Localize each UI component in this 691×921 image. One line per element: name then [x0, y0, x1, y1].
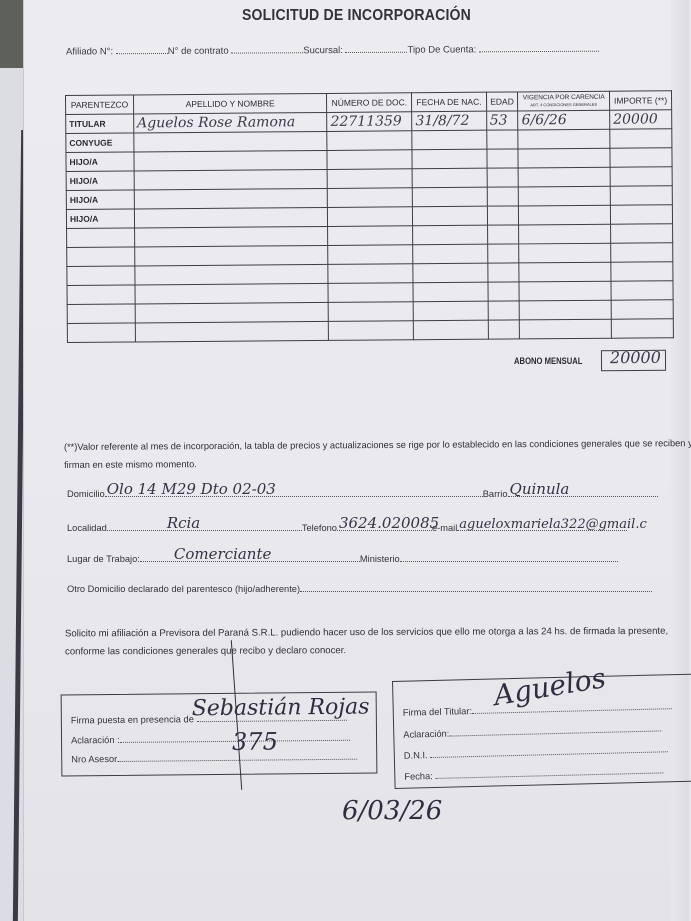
localidad-field[interactable]: Rcia	[107, 521, 302, 531]
cell-parentesco	[67, 228, 135, 248]
trabajo-field[interactable]: Comerciante	[140, 552, 360, 562]
table-row	[67, 319, 673, 343]
telefono-value: 3624.020085	[339, 514, 439, 532]
cell-nombre[interactable]	[134, 188, 328, 209]
cell-vigencia[interactable]	[518, 129, 610, 149]
cell-importe[interactable]	[610, 186, 672, 205]
cell-doc[interactable]	[328, 188, 413, 208]
cell-edad[interactable]	[487, 206, 519, 225]
importe-value: 20000	[613, 111, 658, 127]
email-field[interactable]: agueloxmariela322@gmail.c	[457, 521, 627, 531]
cell-nombre[interactable]	[134, 207, 328, 228]
form-title: SOLICITUD DE INCORPORACIÓN	[64, 7, 649, 25]
cell-nombre[interactable]	[135, 321, 329, 342]
col-nombre: APELLIDO Y NOMBRE	[133, 93, 327, 114]
cell-parentesco: HIJO/A	[66, 190, 134, 210]
cell-nombre[interactable]	[134, 169, 328, 190]
cell-doc[interactable]	[327, 150, 412, 170]
cell-nombre[interactable]	[135, 302, 329, 323]
cell-vigencia[interactable]	[518, 148, 610, 168]
cell-parentesco	[67, 266, 135, 286]
cell-edad[interactable]	[487, 263, 519, 282]
ministerio-label: Ministerio	[360, 554, 400, 564]
fecha-label: Fecha:	[404, 771, 433, 782]
cell-fecha_nac[interactable]	[413, 225, 487, 245]
aclaracion-asesor-label: Aclaración :	[71, 735, 120, 745]
cell-doc[interactable]: 22711359	[327, 112, 412, 132]
cell-parentesco: HIJO/A	[66, 152, 134, 172]
cell-nombre[interactable]	[135, 283, 329, 304]
cell-fecha_nac[interactable]	[413, 206, 487, 226]
fecha_nac-value: 31/8/72	[415, 113, 469, 129]
abono-label: ABONO MENSUAL	[514, 356, 582, 366]
asesor-row: Nro Asesor	[71, 750, 357, 765]
cell-fecha_nac[interactable]	[413, 301, 487, 321]
cell-edad[interactable]	[487, 168, 519, 187]
cell-fecha_nac[interactable]: 31/8/72	[412, 111, 486, 131]
domicilio-field[interactable]: Olo 14 M29 Dto 02-03	[105, 487, 483, 497]
asesor-number: 375	[232, 727, 278, 755]
background-desk	[0, 0, 24, 70]
cell-fecha_nac[interactable]	[413, 244, 487, 264]
nombre-value: Aguelos Rose Ramona	[137, 114, 295, 131]
trabajo-value: Comerciante	[174, 545, 272, 563]
cell-vigencia[interactable]	[520, 300, 612, 320]
dni-label: D.N.I.	[404, 750, 428, 761]
cell-importe[interactable]	[611, 224, 673, 243]
cell-parentesco: CONYUGE	[66, 133, 134, 153]
col-edad: EDAD	[486, 92, 518, 111]
cell-importe[interactable]	[611, 300, 673, 319]
cell-vigencia[interactable]	[519, 281, 611, 301]
afiliado-label: Afiliado N°:	[66, 46, 113, 57]
cell-parentesco: HIJO/A	[66, 209, 134, 229]
vigencia-value: 6/6/26	[522, 112, 567, 128]
aclaracion-titular-label: Aclaración:	[403, 729, 449, 740]
localidad-row: LocalidadRciaTelefono3624.020085e-mailag…	[67, 521, 627, 533]
firma-titular-label: Firma del Titular:	[403, 706, 472, 718]
telefono-field[interactable]: 3624.020085	[337, 521, 432, 531]
aclaracion-titular-field[interactable]	[449, 721, 661, 736]
cell-nombre[interactable]: Aguelos Rose Ramona	[134, 112, 328, 133]
cell-vigencia[interactable]	[520, 319, 612, 339]
cell-fecha_nac[interactable]	[413, 263, 487, 283]
price-note: (**)Valor referente al mes de incorporac…	[64, 434, 691, 474]
domicilio-row: DomicilioOlo 14 M29 Dto 02-03BarrioQuinu…	[67, 487, 658, 499]
cell-parentesco	[67, 285, 135, 305]
members-table: PARENTEZCO APELLIDO Y NOMBRE NÚMERO DE D…	[65, 90, 674, 367]
cell-edad[interactable]	[487, 244, 519, 263]
cell-importe[interactable]	[610, 205, 672, 224]
cell-nombre[interactable]	[134, 150, 328, 171]
col-fecha-nac: FECHA DE NAC.	[412, 92, 486, 112]
cell-vigencia[interactable]	[519, 243, 611, 263]
localidad-value: Rcia	[167, 514, 200, 532]
doc-value: 22711359	[330, 113, 401, 130]
aclaracion-asesor-row: Aclaración :	[71, 731, 350, 746]
cell-doc[interactable]	[328, 264, 413, 284]
cell-fecha_nac[interactable]	[412, 168, 486, 188]
otro-domicilio-field[interactable]	[300, 582, 652, 592]
cell-fecha_nac[interactable]	[413, 187, 487, 207]
fecha-row: Fecha:	[404, 763, 663, 781]
cell-doc[interactable]	[327, 169, 412, 189]
cell-vigencia[interactable]	[519, 167, 611, 187]
cell-edad[interactable]	[486, 130, 518, 149]
cell-doc[interactable]	[329, 321, 414, 341]
abono-field[interactable]: 20000	[601, 350, 666, 371]
cell-parentesco	[67, 304, 135, 324]
abono-value: 20000	[610, 348, 661, 367]
cell-importe[interactable]	[610, 129, 672, 148]
cell-doc[interactable]	[328, 245, 413, 265]
sucursal-field[interactable]	[345, 44, 407, 53]
cell-importe[interactable]: 20000	[610, 110, 672, 129]
cell-parentesco: HIJO/A	[66, 171, 134, 191]
email-value: agueloxmariela322@gmail.c	[459, 517, 646, 532]
form-page: SOLICITUD DE INCORPORACIÓN Afiliado N°: …	[24, 0, 689, 921]
col-parentezco: PARENTEZCO	[66, 95, 134, 115]
cell-importe[interactable]	[611, 281, 673, 300]
titular-signature-box: Firma del Titular: Aclaración: D.N.I. Fe…	[392, 674, 691, 789]
asesor-signature-box: Firma puesta en presencia de Aclaración …	[61, 691, 378, 776]
tipo-cuenta-label: Tipo De Cuenta:	[407, 44, 476, 55]
cell-fecha_nac[interactable]	[413, 282, 487, 302]
col-vigencia: VIGENCIA POR CARENCIAART. 4 CONDICIONES …	[518, 91, 610, 111]
asesor-label: Nro Asesor	[71, 754, 117, 764]
cell-doc[interactable]	[328, 226, 413, 246]
barrio-field[interactable]: Quinula	[508, 487, 658, 497]
cell-edad[interactable]: 53	[486, 111, 518, 130]
cell-nombre[interactable]	[134, 226, 328, 247]
cell-edad[interactable]	[487, 225, 519, 244]
trabajo-row: Lugar de Trabajo:ComercianteMinisterio	[67, 552, 618, 564]
col-importe: IMPORTE (**)	[609, 91, 671, 110]
cell-parentesco	[67, 323, 135, 343]
dni-field[interactable]	[430, 742, 668, 758]
cell-parentesco	[67, 247, 135, 267]
cell-doc[interactable]	[327, 131, 412, 151]
barrio-label: Barrio	[483, 489, 508, 499]
cell-vigencia[interactable]: 6/6/26	[518, 110, 610, 130]
cell-importe[interactable]	[610, 167, 672, 186]
domicilio-label: Domicilio	[67, 489, 105, 499]
cell-doc[interactable]	[328, 283, 413, 303]
cell-doc[interactable]	[328, 207, 413, 227]
table-body: TITULARAguelos Rose Ramona2271135931/8/7…	[66, 110, 674, 343]
telefono-label: Telefono	[302, 523, 337, 533]
cell-edad[interactable]	[486, 149, 518, 168]
fecha-handwritten: 6/03/26	[342, 796, 442, 826]
cell-importe[interactable]	[610, 148, 672, 167]
affiliation-statement: Solicito mi afiliación a Previsora del P…	[65, 623, 691, 662]
cell-fecha_nac[interactable]	[414, 320, 488, 340]
dni-row: D.N.I.	[404, 742, 669, 760]
cell-vigencia[interactable]	[519, 205, 611, 225]
cell-vigencia[interactable]	[519, 186, 611, 206]
otro-domicilio-label: Otro Domicilio declarado del parentesco …	[67, 584, 300, 594]
fecha-field[interactable]	[435, 763, 663, 779]
sucursal-label: Sucursal:	[303, 45, 343, 56]
afiliado-field[interactable]	[116, 45, 168, 54]
cell-fecha_nac[interactable]	[412, 130, 486, 150]
barrio-value: Quinula	[510, 480, 570, 498]
cell-nombre[interactable]	[135, 264, 329, 285]
cell-importe[interactable]	[611, 319, 673, 338]
firma-presencia-label: Firma puesta en presencia de	[71, 714, 194, 725]
cell-fecha_nac[interactable]	[412, 149, 486, 169]
cell-edad[interactable]	[488, 320, 520, 339]
cell-nombre[interactable]	[135, 245, 329, 266]
vigencia-subtitle: ART. 4 CONDICIONES GENERALES	[521, 101, 606, 109]
cell-parentesco: TITULAR	[66, 114, 134, 134]
cell-doc[interactable]	[328, 302, 413, 322]
cell-importe[interactable]	[611, 243, 673, 262]
otro-domicilio-row: Otro Domicilio declarado del parentesco …	[67, 582, 652, 594]
contrato-label: N° de contrato	[168, 46, 229, 57]
edad-value: 53	[490, 113, 508, 129]
asesor-signature: Sebastián Rojas	[192, 695, 370, 722]
contrato-field[interactable]	[231, 44, 303, 53]
cell-edad[interactable]	[488, 301, 520, 320]
cell-nombre[interactable]	[134, 131, 328, 152]
cell-vigencia[interactable]	[519, 224, 611, 244]
col-doc: NÚMERO DE DOC.	[327, 93, 412, 113]
cell-vigencia[interactable]	[519, 262, 611, 282]
trabajo-label: Lugar de Trabajo:	[67, 554, 140, 564]
cell-edad[interactable]	[488, 282, 520, 301]
tipo-cuenta-field[interactable]	[479, 43, 599, 53]
cell-importe[interactable]	[611, 262, 673, 281]
header-fields: Afiliado N°: N° de contrato Sucursal: Ti…	[66, 43, 636, 58]
aclaracion-titular-row: Aclaración:	[403, 721, 661, 739]
domicilio-value: Olo 14 M29 Dto 02-03	[107, 480, 276, 498]
cell-edad[interactable]	[487, 187, 519, 206]
localidad-label: Localidad	[67, 523, 107, 533]
ministerio-field[interactable]	[400, 552, 618, 562]
